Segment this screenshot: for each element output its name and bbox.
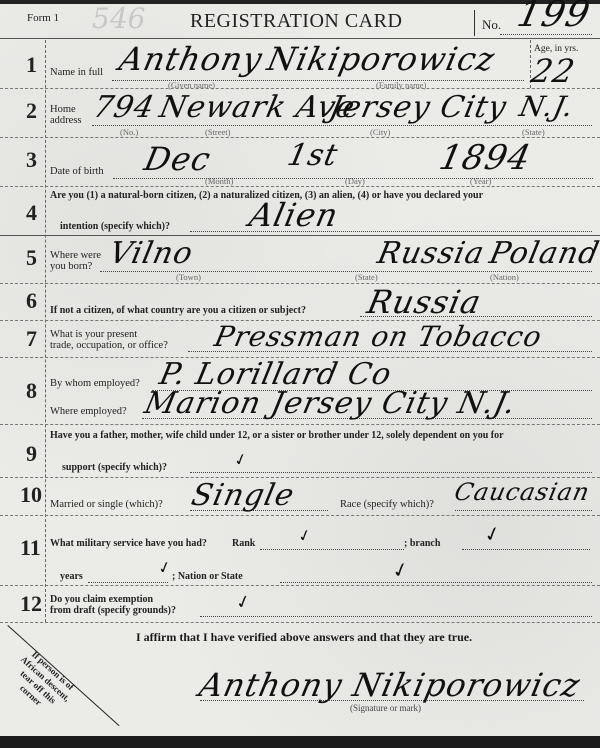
- marital-label: Married or single (which)?: [50, 499, 163, 510]
- nation-sublabel: (Nation): [490, 272, 519, 282]
- state-sublabel: (State): [355, 272, 378, 282]
- row-number-2: 2: [26, 98, 37, 124]
- race-label: Race (specify which)?: [340, 499, 434, 510]
- number-column-divider: [45, 40, 46, 622]
- affirmation-text: I affirm that I have verified above answ…: [136, 630, 472, 645]
- given-name-value: Anthony: [116, 40, 266, 78]
- branch-check-mark: ✓: [481, 520, 503, 548]
- month-sublabel: (Month): [205, 176, 233, 186]
- row-divider-10: [0, 515, 600, 516]
- row-divider-1: [0, 88, 600, 89]
- scan-edge-top: [0, 0, 600, 4]
- row-number-9: 9: [26, 441, 37, 467]
- row-divider-3: [0, 186, 600, 187]
- employer-label: By whom employed?: [50, 378, 140, 389]
- header-divider: [0, 38, 600, 39]
- marital-answer: Single: [188, 478, 297, 513]
- race-underline: [455, 510, 592, 511]
- exemption-label: Do you claim exemption from draft (speci…: [50, 594, 176, 616]
- street-sublabel: (Street): [205, 127, 231, 137]
- no-label: No.: [482, 17, 501, 33]
- citizenship-question-line2: intention (specify which)?: [60, 221, 170, 232]
- exemption-check-mark: ✓: [234, 590, 254, 614]
- town-sublabel: (Town): [176, 272, 201, 282]
- occupation-label: What is your present trade, occupation, …: [50, 329, 168, 351]
- row-number-1: 1: [26, 52, 37, 78]
- exemption-underline: [200, 616, 592, 617]
- row-number-10: 10: [20, 482, 42, 508]
- citizen-of-answer: Russia: [364, 283, 485, 321]
- dependents-question-line1: Have you a father, mother, wife child un…: [50, 430, 504, 441]
- registration-card: Form 1 546 REGISTRATION CARD No. 199 1 N…: [0, 0, 600, 748]
- rank-label: Rank: [232, 538, 255, 549]
- card-number: 199: [514, 0, 594, 35]
- rank-underline: [260, 549, 404, 550]
- family-name-value: Nikiporowicz: [264, 40, 499, 78]
- citizen-of-question: If not a citizen, of what country are yo…: [50, 305, 306, 316]
- occupation-answer: Pressman on Tobacco: [211, 320, 545, 353]
- exemption-label-line1: Do you claim exemption: [50, 594, 153, 605]
- address-underline: [92, 125, 592, 126]
- occupation-label-line1: What is your present: [50, 329, 137, 340]
- birth-nation-value: Poland: [486, 236, 600, 271]
- pencil-number: 546: [92, 2, 145, 35]
- address-label: address: [50, 115, 82, 126]
- row-divider-5: [0, 283, 600, 284]
- city-sublabel: (City): [370, 127, 390, 137]
- name-label: Name in full: [50, 67, 103, 78]
- signature-value: Anthony Nikiporowicz: [196, 666, 584, 704]
- race-answer: Caucasian: [452, 478, 593, 506]
- year-sublabel: (Year): [470, 176, 491, 186]
- number-sublabel: (No.): [120, 127, 138, 137]
- form-label: Form 1: [27, 12, 59, 24]
- birth-town-value: Vilno: [106, 236, 196, 271]
- tear-off-corner-note: If person is of African descent, tear of…: [4, 646, 80, 721]
- birth-month-value: Dec: [141, 140, 215, 178]
- card-title: REGISTRATION CARD: [190, 10, 402, 33]
- years-underline: [88, 582, 168, 583]
- row-number-4: 4: [26, 200, 37, 226]
- where-employed-label: Where employed?: [50, 406, 127, 417]
- birth-state-value: Russia: [374, 236, 488, 271]
- home-label: Home: [50, 104, 76, 115]
- branch-underline: [462, 549, 590, 550]
- row-number-7: 7: [26, 326, 37, 352]
- house-number-value: 794: [90, 90, 158, 125]
- date-of-birth-label: Date of birth: [50, 166, 104, 177]
- where-were-label: Where were: [50, 250, 101, 261]
- birth-day-value: 1st: [284, 138, 341, 173]
- row-number-5: 5: [26, 245, 37, 271]
- age-value: 22: [528, 52, 579, 90]
- dependents-underline: [190, 472, 592, 473]
- state-sublabel: (State): [522, 127, 545, 137]
- home-address-label: Home address: [50, 104, 82, 126]
- city-value: Jersey City: [326, 90, 510, 125]
- nation-state-underline: [280, 582, 592, 583]
- row-number-6: 6: [26, 288, 37, 314]
- row-number-12: 12: [20, 591, 42, 617]
- row-divider-12: [0, 622, 600, 623]
- you-born-label: you born?: [50, 261, 92, 272]
- dependents-question-line2: support (specify which)?: [62, 462, 167, 473]
- years-label: years: [60, 571, 83, 582]
- branch-label: ; branch: [404, 538, 440, 549]
- scan-edge-bottom: [0, 736, 600, 748]
- dependents-check-mark: ✓: [232, 449, 250, 471]
- row-number-3: 3: [26, 147, 37, 173]
- military-question: What military service have you had?: [50, 538, 207, 549]
- day-sublabel: (Day): [345, 176, 365, 186]
- no-box-divider: [474, 10, 475, 36]
- occupation-label-line2: trade, occupation, or office?: [50, 340, 168, 351]
- row-number-11: 11: [20, 535, 41, 561]
- citizenship-answer: Alien: [246, 196, 342, 234]
- state-value: N.J.: [516, 90, 577, 123]
- nation-state-label: ; Nation or State: [172, 571, 243, 582]
- where-employed-answer: Marion Jersey City N.J.: [141, 386, 519, 421]
- nation-state-check-mark: ✓: [389, 556, 411, 584]
- row-number-8: 8: [26, 378, 37, 404]
- birthplace-label: Where were you born?: [50, 250, 101, 272]
- rank-check-mark: ✓: [296, 525, 314, 547]
- exemption-label-line2: from draft (specify grounds)?: [50, 605, 176, 616]
- years-check-mark: ✓: [156, 557, 174, 579]
- birth-year-value: 1894: [436, 138, 535, 178]
- row-divider-8: [0, 424, 600, 425]
- row-divider-11: [0, 585, 600, 586]
- signature-sublabel: (Signature or mark): [350, 703, 421, 713]
